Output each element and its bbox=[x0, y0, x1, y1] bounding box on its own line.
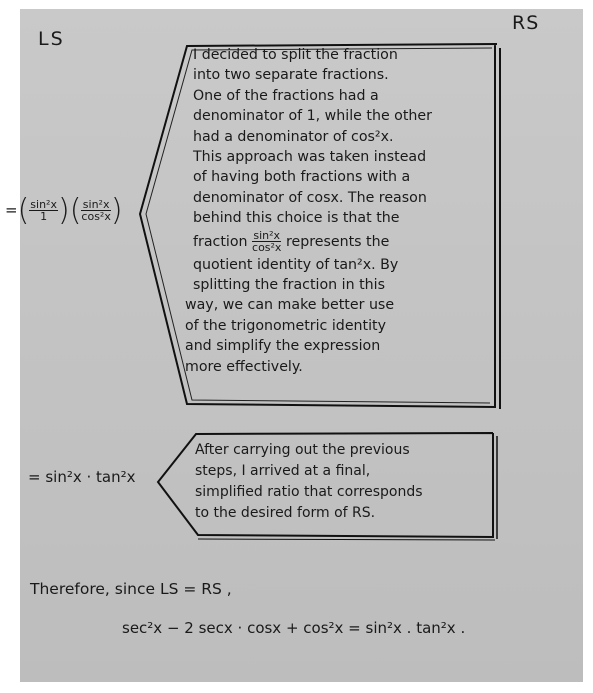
fraction-word: fraction bbox=[193, 234, 248, 250]
explanation-line: One of the fractions had a bbox=[193, 86, 493, 106]
fraction-1: sin²x1 bbox=[29, 199, 58, 222]
explanation-line: I decided to split the fraction bbox=[193, 45, 493, 65]
explanation-line: This approach was taken instead bbox=[193, 147, 493, 167]
fraction-2-denominator: cos²x bbox=[81, 211, 110, 222]
step2-explanation: After carrying out the previous steps, I… bbox=[195, 440, 423, 524]
explanation-line: behind this choice is that the bbox=[193, 208, 493, 228]
explanation-line: simplified ratio that corresponds bbox=[195, 482, 423, 503]
explanation-line: denominator of cosx. The reason bbox=[193, 188, 493, 208]
inline-fraction-denominator: cos²x bbox=[252, 242, 281, 253]
explanation-line: of the trigonometric identity bbox=[185, 316, 493, 336]
explanation-line: denominator of 1, while the other bbox=[193, 106, 493, 126]
step2-expression: = sin²x · tan²x bbox=[28, 468, 136, 486]
explanation-line: more effectively. bbox=[185, 357, 493, 377]
explanation-line: and simplify the expression bbox=[185, 336, 493, 356]
fraction-1-denominator: 1 bbox=[29, 211, 58, 222]
explanation-line: quotient identity of tan²x. By bbox=[193, 255, 493, 275]
explanation-line: had a denominator of cos²x. bbox=[193, 127, 493, 147]
final-identity: sec²x − 2 secx · cosx + cos²x = sin²x . … bbox=[122, 619, 465, 637]
represents-text: represents the bbox=[286, 234, 389, 250]
explanation-line: of having both fractions with a bbox=[193, 167, 493, 187]
right-side-label: RS bbox=[512, 12, 539, 34]
equals-sign: = bbox=[5, 201, 18, 219]
conclusion-statement: Therefore, since LS = RS , bbox=[30, 580, 232, 598]
explanation-line: splitting the fraction in this bbox=[193, 275, 493, 295]
explanation-line: into two separate fractions. bbox=[193, 65, 493, 85]
explanation-line: steps, I arrived at a final, bbox=[195, 461, 423, 482]
explanation-line: After carrying out the previous bbox=[195, 440, 423, 461]
step1-explanation: I decided to split the fraction into two… bbox=[193, 45, 493, 377]
explanation-line: to the desired form of RS. bbox=[195, 503, 423, 524]
inline-fraction: sin²xcos²x bbox=[252, 230, 281, 253]
explanation-line: way, we can make better use bbox=[185, 295, 493, 315]
step1-expression: =(sin²x1)(sin²xcos²x) bbox=[5, 193, 123, 228]
left-side-label: LS bbox=[38, 28, 65, 50]
explanation-line-with-fraction: fraction sin²xcos²x represents the bbox=[193, 229, 493, 255]
fraction-2: sin²xcos²x bbox=[81, 199, 110, 222]
